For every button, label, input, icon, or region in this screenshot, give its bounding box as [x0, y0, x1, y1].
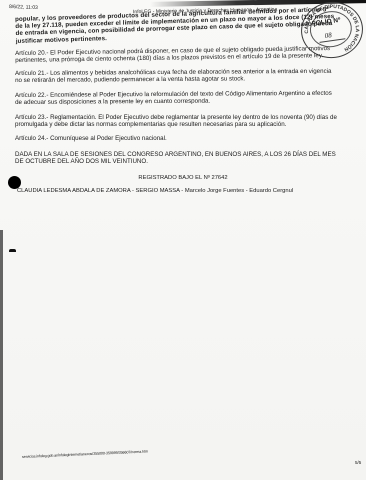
scanned-document-page: 8/6/22, 11:03 InfoLEG - Ministerio de Ju… — [0, 0, 366, 480]
paragraph-art22: Artículo 22.- Encomiéndese al Poder Ejec… — [15, 90, 337, 107]
paragraph-dada: DADA EN LA SALA DE SESIONES DEL CONGRESO… — [15, 151, 337, 165]
paragraph-art23: Artículo 23.- Reglamentación. El Poder E… — [15, 114, 337, 128]
paragraph-art20: Artículo 20.- El Poder Ejecutivo naciona… — [15, 45, 337, 64]
paragraph-art19-continued: popular, y los proveedores de productos … — [15, 6, 338, 45]
footer-url: servicios.infoleg.gob.ar/infolegInternet… — [22, 450, 148, 459]
paragraph-art24: Artículo 24.- Comuníquese al Poder Ejecu… — [15, 135, 337, 142]
signers-line: CLAUDIA LEDESMA ABDALA DE ZAMORA - SERGI… — [17, 188, 293, 194]
print-date: 8/6/22, 11:03 — [9, 4, 38, 11]
paragraph-art21: Artículo 21.- Los alimentos y bebidas an… — [15, 68, 337, 85]
page-number: 5/5 — [355, 460, 361, 465]
registro-line: REGISTRADO BAJO EL Nº 27642 — [0, 175, 366, 181]
scan-artifact-mark — [9, 249, 16, 252]
scan-left-edge — [0, 230, 3, 480]
